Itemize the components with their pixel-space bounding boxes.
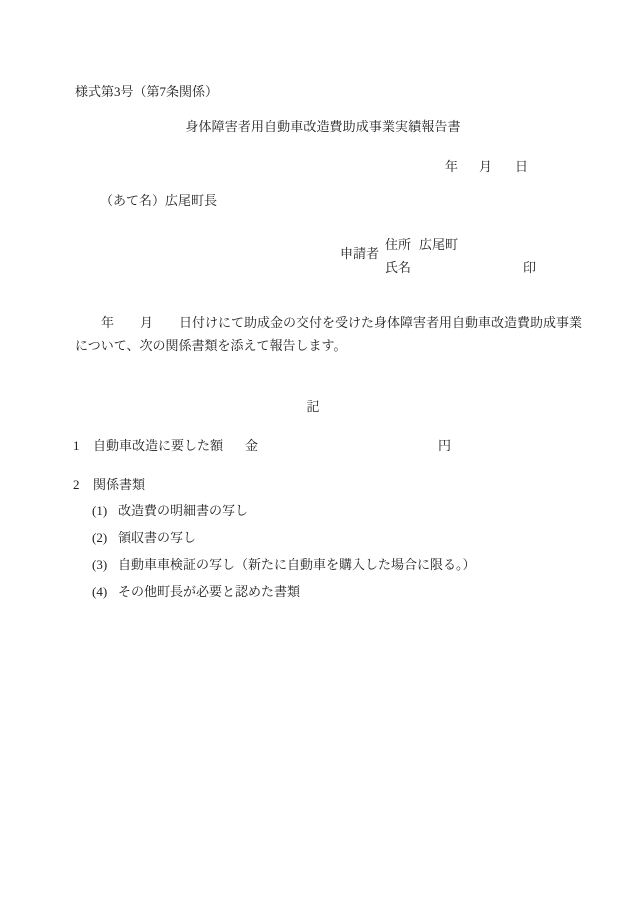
item-1-amount-prefix: 金 [245,439,258,454]
item-1-amount-suffix: 円 [438,439,451,454]
item-1-number: 1 [73,439,80,454]
addressee-line: （あて名）広尾町長 [100,194,217,209]
seal-label: 印 [523,261,536,276]
item-1-label: 自動車改造に要した額 [93,439,223,454]
item-2-label: 関係書類 [93,478,145,493]
sub-item-3-text: 自動車車検証の写し（新たに自動車を購入した場合に限る。） [118,558,476,573]
date-month-label: 月 [479,160,492,175]
sub-item-3-number: (3) [92,558,107,573]
body-paragraph-line-1: 年 月 日付けにて助成金の交付を受けた身体障害者用自動車改造費助成事業 [75,316,582,331]
name-label: 氏名 [385,261,411,276]
applicant-label: 申請者 [340,247,379,262]
address-value: 広尾町 [419,238,458,253]
form-number: 様式第3号（第7条関係） [75,85,218,100]
sub-item-1-number: (1) [92,504,107,519]
date-year-label: 年 [445,160,458,175]
sub-item-4-text: その他町長が必要と認めた書類 [118,585,300,600]
sub-item-4-number: (4) [92,585,107,600]
body-paragraph-line-2: について、次の関係書類を添えて報告します。 [75,339,346,354]
date-day-label: 日 [515,160,528,175]
sub-item-1-text: 改造費の明細書の写し [118,504,248,519]
address-label: 住所 [385,238,411,253]
document-title: 身体障害者用自動車改造費助成事業実績報告書 [185,120,460,135]
sub-item-2-text: 領収書の写し [118,531,196,546]
item-2-number: 2 [73,478,80,493]
document-page: 様式第3号（第7条関係） 身体障害者用自動車改造費助成事業実績報告書 年 月 日… [0,0,630,916]
sub-item-2-number: (2) [92,531,107,546]
section-marker-ki: 記 [306,400,319,415]
